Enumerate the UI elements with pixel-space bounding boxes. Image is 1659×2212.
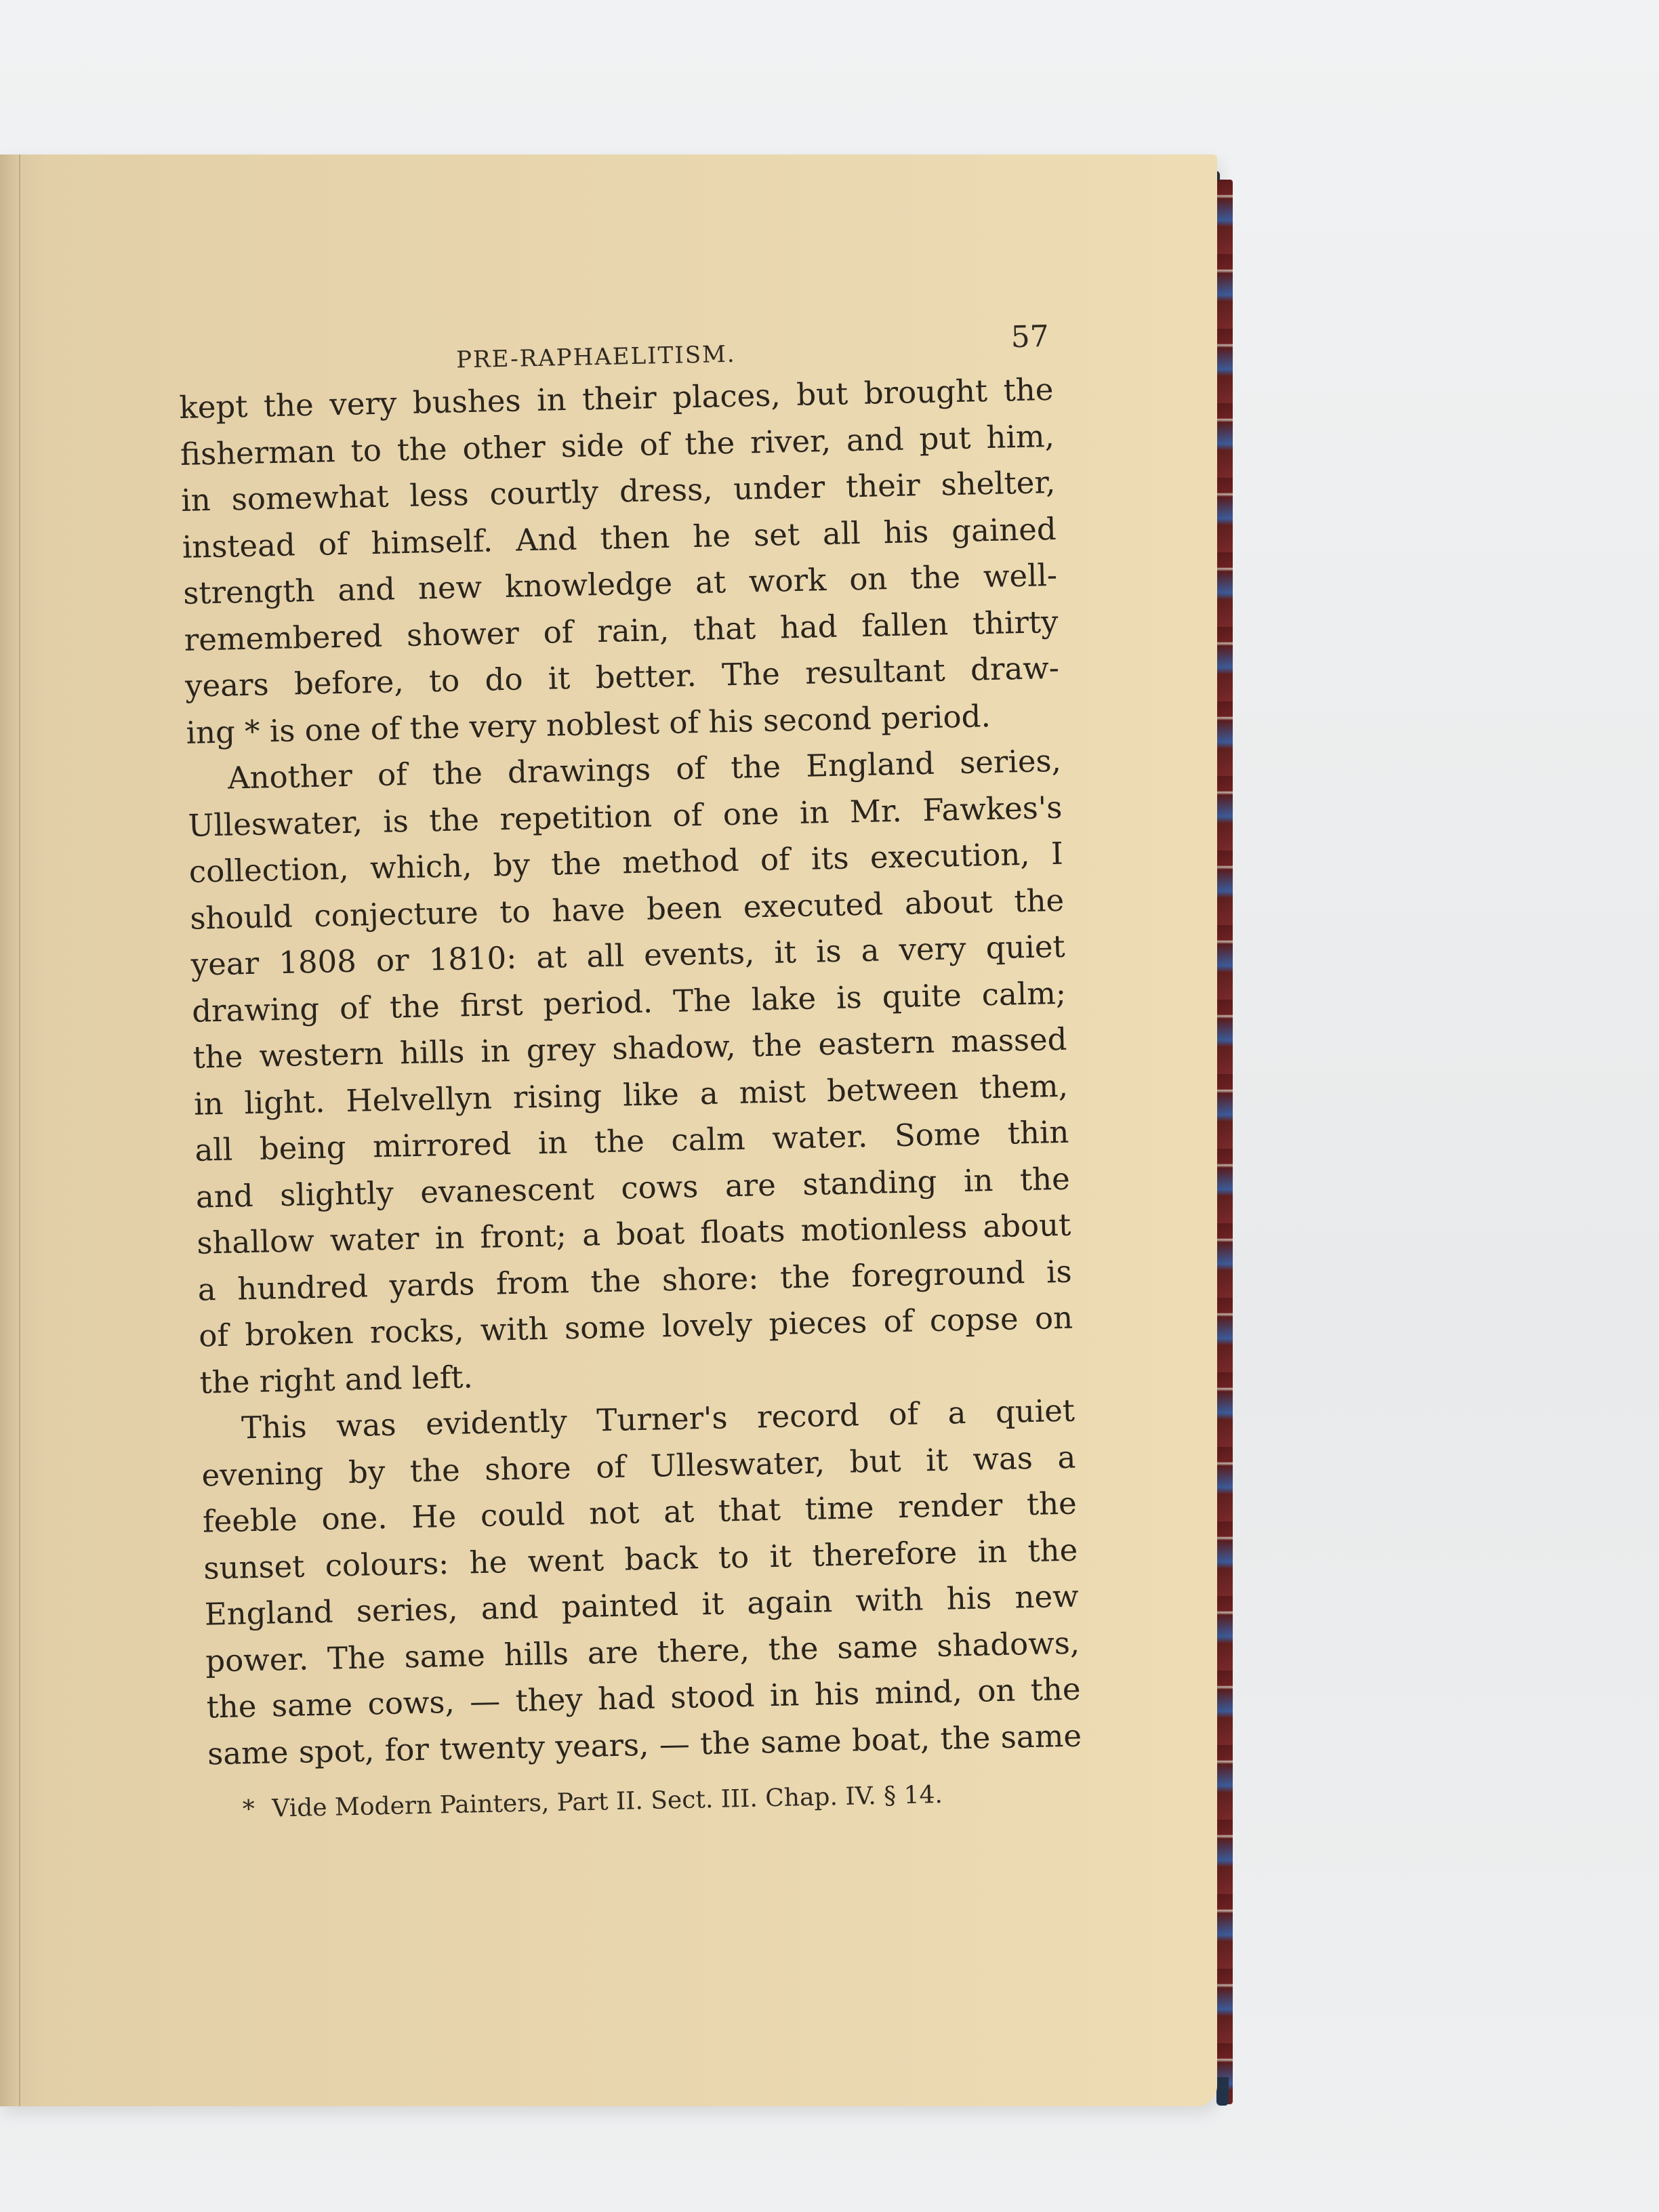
footnote-marker: *	[242, 1795, 255, 1823]
body-text: kept the very bushes in their places, bu…	[179, 367, 1082, 1778]
book-cover-corner	[1216, 2077, 1229, 2106]
photo-background: PRE-RAPHAELITISM. 57 kept the very bushe…	[0, 0, 1659, 2212]
running-title: PRE-RAPHAELITISM.	[456, 341, 736, 374]
marbled-page-edge	[1216, 180, 1233, 2104]
paragraph-2: Another of the drawings of the England s…	[186, 738, 1074, 1406]
paragraph-1: kept the very bushes in their places, bu…	[179, 367, 1061, 756]
page-number: 57	[1010, 319, 1049, 354]
paragraph-3: This was evidently Turner's record of a …	[200, 1388, 1082, 1778]
page-gutter	[0, 155, 20, 2106]
footnote: * Vide Modern Painters, Part II. Sect. I…	[209, 1778, 1084, 1824]
page-text-block: PRE-RAPHAELITISM. 57 kept the very bushe…	[178, 306, 1083, 1824]
book-page: PRE-RAPHAELITISM. 57 kept the very bushe…	[0, 155, 1217, 2106]
footnote-text: Vide Modern Painters, Part II. Sect. III…	[272, 1781, 943, 1823]
